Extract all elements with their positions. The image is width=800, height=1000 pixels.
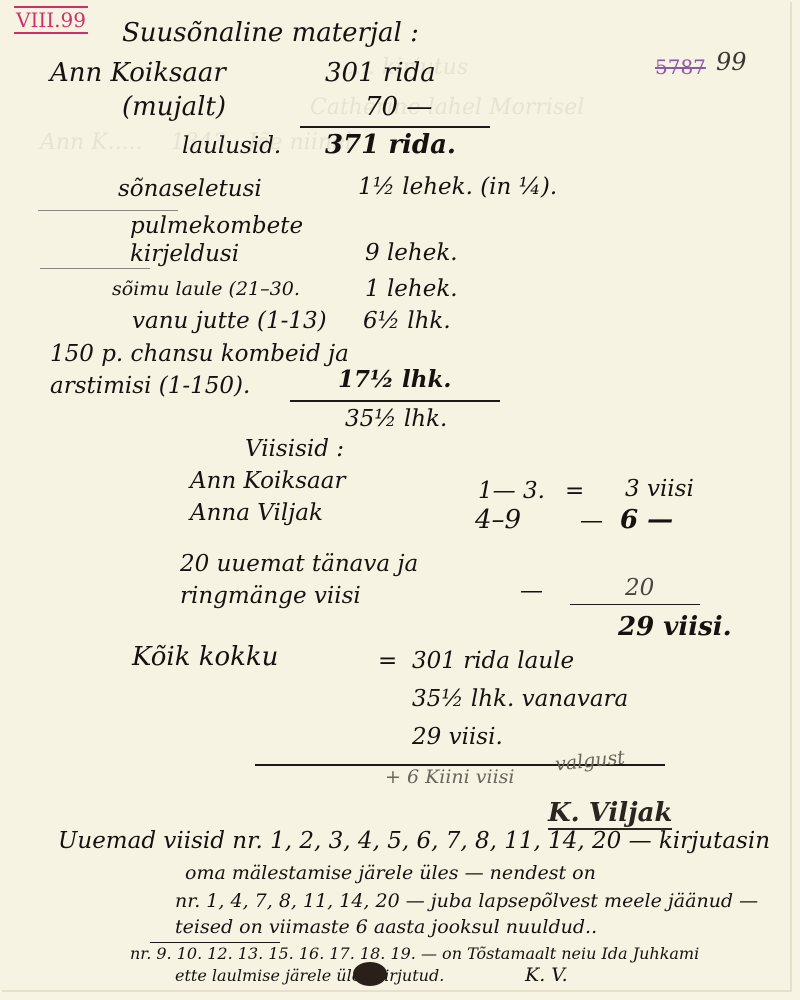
underline <box>150 942 280 943</box>
tune-label: 20 uuemat tänava ja ringmänge viisi <box>180 548 440 612</box>
tune-label: Anna Viljak <box>190 500 323 526</box>
footnote-initials: K. V. <box>525 964 568 986</box>
material-value: 301 rida <box>325 58 436 88</box>
material-label: vanu jutte (1-13) <box>132 308 327 334</box>
material-label: 150 p. chansu kombeid ja arstimisi (1-15… <box>50 338 370 402</box>
sum-line <box>290 400 500 402</box>
tune-sep: — <box>520 578 543 604</box>
tune-count: 20 <box>625 575 654 601</box>
tune-count: 3 viisi <box>625 476 694 502</box>
summary-sep: = <box>378 648 397 674</box>
tune-sep: = <box>565 478 584 504</box>
footnote-line: teised on viimaste 6 aasta jooksul nuuld… <box>175 916 597 938</box>
sum-line <box>570 604 700 605</box>
tune-range: 4–9 <box>475 505 521 535</box>
summary-line: 29 viisi. <box>412 724 503 750</box>
materials-total: 35½ lhk. <box>345 406 447 432</box>
page-heading: Suusõnaline materjal : <box>122 18 419 48</box>
manuscript-page: ..... kirjutus Catherine lahel Morrisel … <box>0 0 790 990</box>
divider <box>38 210 178 211</box>
material-label: laulusid. <box>182 133 281 159</box>
footnote-line: nr. 9. 10. 12. 13. 15. 16. 17. 18. 19. —… <box>130 944 699 963</box>
summary-line: 301 rida laule <box>412 648 574 674</box>
tune-range: 1— 3. <box>478 478 545 504</box>
ink-blot <box>353 962 387 986</box>
material-label: pulmekombete kirjeldusi <box>130 212 280 268</box>
bleed-through-text: Catherine lahel Morrisel <box>310 95 584 120</box>
footnote-line: Uuemad viisid nr. 1, 2, 3, 4, 5, 6, 7, 8… <box>58 828 770 854</box>
tunes-total: 29 viisi. <box>618 612 732 642</box>
material-label: sõnaseletusi <box>118 176 262 202</box>
material-value: 17½ lhk. <box>338 366 451 393</box>
summary-line: 35½ lhk. vanavara <box>412 686 628 712</box>
material-value: 9 lehek. <box>365 240 458 266</box>
tunes-heading: Viisisid : <box>245 436 344 462</box>
footnote-line: ette laulmise järele üles kirjutud. <box>175 966 444 985</box>
material-value: 6½ lhk. <box>363 308 451 334</box>
tune-sep: — <box>580 508 603 534</box>
material-label: sõimu laule (21–30. <box>112 278 300 300</box>
material-value: 70 — <box>365 92 432 122</box>
signature: K. Viljak <box>548 798 672 830</box>
tune-label: Ann Koiksaar <box>190 468 345 494</box>
material-value: 1½ lehek. (in ¼). <box>358 174 557 200</box>
material-label: (mujalt) <box>122 92 226 122</box>
sum-line <box>300 126 490 128</box>
summary-label: Kõik kokku <box>132 642 278 672</box>
page-number: 99 <box>716 48 747 76</box>
footnote-line: nr. 1, 4, 7, 8, 11, 14, 20 — juba lapsep… <box>175 890 758 912</box>
material-value: 371 rida. <box>325 130 456 160</box>
pencil-addition: + 6 Kiini viisi <box>385 766 515 788</box>
archive-ref-mark: VIII.99 <box>14 6 88 34</box>
pencil-note: valgust <box>554 746 626 775</box>
material-value: 1 lehek. <box>365 276 458 302</box>
divider <box>40 268 150 269</box>
footnote-line: oma mälestamise järele üles — nendest on <box>185 862 596 884</box>
material-label: Ann Koiksaar <box>50 58 226 88</box>
tune-count: 6 — <box>620 505 673 535</box>
stamp-number-struck: 5787 <box>655 55 706 79</box>
